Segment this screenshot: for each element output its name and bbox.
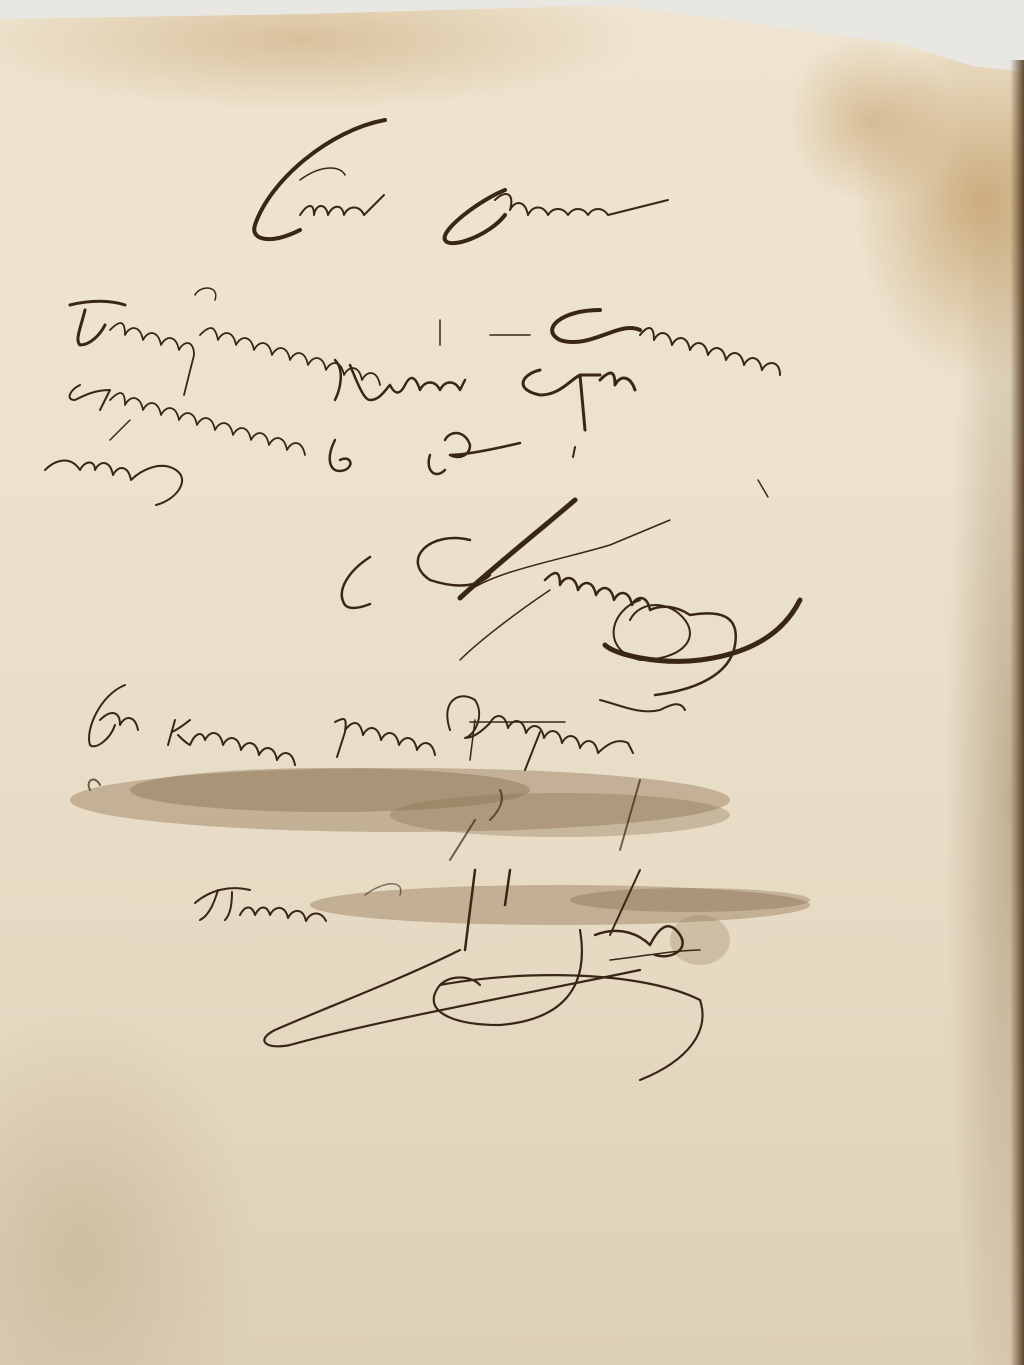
line-1-sia-sviataia bbox=[254, 120, 668, 243]
signature-abram bbox=[342, 480, 800, 695]
handwriting-layer bbox=[0, 0, 1024, 1365]
line-4-zvan bbox=[45, 420, 575, 505]
line-2-bogoduhnovennaia-kniga bbox=[70, 288, 780, 395]
line-ownership-sia-kniga-prinadlezhit bbox=[89, 685, 685, 770]
erased-text-smudge bbox=[70, 768, 810, 965]
line-3-glagolemaia-pevchii-tre bbox=[70, 320, 635, 455]
